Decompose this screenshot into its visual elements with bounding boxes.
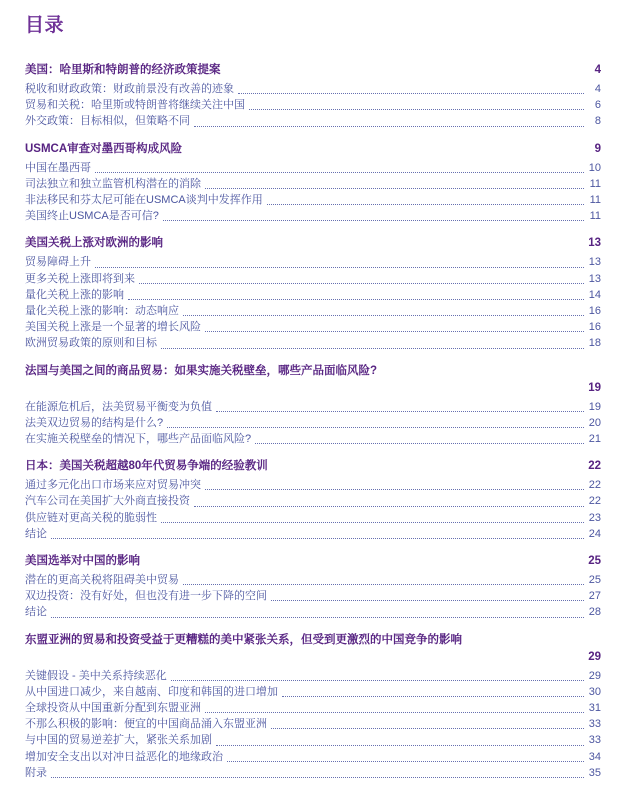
toc-entry-label: 潜在的更高关税将阻碍美中贸易 <box>25 572 179 588</box>
toc-entry[interactable]: 结论24 <box>25 526 601 542</box>
toc-entry-label: 不那么积极的影响：便宜的中国商品涌入东盟亚洲 <box>25 716 267 732</box>
toc-dot-leader <box>194 506 584 507</box>
toc-entry-page: 13 <box>587 271 601 287</box>
toc-entry-label: 附录 <box>25 765 47 781</box>
toc-dot-leader <box>216 745 584 746</box>
toc-entry-label: 通过多元化出口市场来应对贸易冲突 <box>25 477 201 493</box>
toc-entry-label: 外交政策：目标相似，但策略不同 <box>25 113 190 129</box>
toc-entry[interactable]: 供应链对更高关税的脆弱性23 <box>25 510 601 526</box>
toc-entry-label: 在能源危机后，法美贸易平衡变为负值 <box>25 399 212 415</box>
toc-section-title: 法国与美国之间的商品贸易：如果实施关税壁垒，哪些产品面临风险? <box>25 363 601 380</box>
toc-dot-leader <box>183 584 584 585</box>
toc-entry-page: 16 <box>587 319 601 335</box>
toc-entry[interactable]: 法美双边贸易的结构是什么?20 <box>25 415 601 431</box>
toc-entry-label: 更多关税上涨即将到来 <box>25 271 135 287</box>
toc-entry-page: 24 <box>587 526 601 542</box>
toc-section-heading[interactable]: USMCA审查对墨西哥构成风险9 <box>25 141 601 158</box>
toc-section-heading[interactable]: 法国与美国之间的商品贸易：如果实施关税壁垒，哪些产品面临风险?19 <box>25 363 601 397</box>
toc-entry-page: 33 <box>587 732 601 748</box>
toc-dot-leader <box>194 126 584 127</box>
toc-entry[interactable]: 从中国进口减少，来自越南、印度和韩国的进口增加30 <box>25 684 601 700</box>
toc-entry[interactable]: 在实施关税壁垒的情况下，哪些产品面临风险?21 <box>25 431 601 447</box>
toc-entry-label: 全球投资从中国重新分配到东盟亚洲 <box>25 700 201 716</box>
toc-entry[interactable]: 司法独立和独立监管机构潜在的消除11 <box>25 176 601 192</box>
toc-entry-page: 27 <box>587 588 601 604</box>
toc-dot-leader <box>51 538 584 539</box>
toc-entry[interactable]: 增加安全支出以对冲日益恶化的地缘政治34 <box>25 749 601 765</box>
toc-dot-leader <box>238 93 584 94</box>
toc-entry[interactable]: 非法移民和芬太尼可能在USMCA谈判中发挥作用11 <box>25 192 601 208</box>
toc-entry-label: 中国在墨西哥 <box>25 160 91 176</box>
toc-dot-leader <box>183 315 584 316</box>
toc-entry[interactable]: 汽车公司在美国扩大外商直接投资22 <box>25 493 601 509</box>
toc-dot-leader <box>139 283 584 284</box>
toc-page-title: 目录 <box>25 14 601 38</box>
toc-dot-leader <box>95 267 584 268</box>
toc-entry-page: 4 <box>587 81 601 97</box>
toc-section: 美国关税上涨对欧洲的影响13贸易障碍上升13更多关税上涨即将到来13量化关税上涨… <box>25 235 601 351</box>
toc-dot-leader <box>282 696 584 697</box>
toc-entry-page: 16 <box>587 303 601 319</box>
toc-dot-leader <box>161 522 584 523</box>
toc-entry-label: 法美双边贸易的结构是什么? <box>25 415 163 431</box>
document-page: 目录 美国：哈里斯和特朗普的经济政策提案4税收和财政政策：财政前景没有改善的迹象… <box>0 0 622 800</box>
toc-entry-label: 美国终止USMCA是否可信? <box>25 208 159 224</box>
toc-entry-label: 司法独立和独立监管机构潜在的消除 <box>25 176 201 192</box>
toc-entry[interactable]: 双边投资：没有好处，但也没有进一步下降的空间27 <box>25 588 601 604</box>
toc-entry-label: 量化关税上涨的影响：动态响应 <box>25 303 179 319</box>
toc-section-page: 29 <box>588 649 601 666</box>
toc-dot-leader <box>161 348 584 349</box>
toc-entry-label: 贸易障碍上升 <box>25 254 91 270</box>
toc-entry-page: 35 <box>587 765 601 781</box>
toc-entry-label: 增加安全支出以对冲日益恶化的地缘政治 <box>25 749 223 765</box>
toc-entry-label: 贸易和关税：哈里斯或特朗普将继续关注中国 <box>25 97 245 113</box>
toc-entry-label: 双边投资：没有好处，但也没有进一步下降的空间 <box>25 588 267 604</box>
toc-entry-page: 30 <box>587 684 601 700</box>
toc-entry-page: 33 <box>587 716 601 732</box>
toc-entry-page: 23 <box>587 510 601 526</box>
toc-entry-label: 在实施关税壁垒的情况下，哪些产品面临风险? <box>25 431 251 447</box>
toc-section-title: 美国选举对中国的影响 <box>25 553 140 570</box>
toc-dot-leader <box>227 761 584 762</box>
toc-entry[interactable]: 贸易障碍上升13 <box>25 254 601 270</box>
toc-entry-label: 税收和财政政策：财政前景没有改善的迹象 <box>25 81 234 97</box>
toc-entry[interactable]: 税收和财政政策：财政前景没有改善的迹象4 <box>25 81 601 97</box>
toc-entry-page: 11 <box>587 176 601 192</box>
toc-dot-leader <box>249 109 584 110</box>
toc-entry[interactable]: 欧洲贸易政策的原则和目标18 <box>25 335 601 351</box>
toc-section-heading[interactable]: 美国关税上涨对欧洲的影响13 <box>25 235 601 252</box>
toc-entry-page: 31 <box>587 700 601 716</box>
toc-section: USMCA审查对墨西哥构成风险9中国在墨西哥10司法独立和独立监管机构潜在的消除… <box>25 141 601 225</box>
toc-section: 美国选举对中国的影响25潜在的更高关税将阻碍美中贸易25双边投资：没有好处，但也… <box>25 553 601 621</box>
toc-section-heading[interactable]: 美国选举对中国的影响25 <box>25 553 601 570</box>
toc-entry-page: 19 <box>587 399 601 415</box>
toc-entry-page: 29 <box>587 668 601 684</box>
toc-dot-leader <box>216 411 584 412</box>
toc-dot-leader <box>51 777 584 778</box>
toc-dot-leader <box>271 600 584 601</box>
toc-entry[interactable]: 更多关税上涨即将到来13 <box>25 271 601 287</box>
toc-entry-page: 8 <box>587 113 601 129</box>
toc-entry-page: 22 <box>587 477 601 493</box>
toc-entry-page: 11 <box>587 192 601 208</box>
toc-entry-page: 6 <box>587 97 601 113</box>
toc-section: 日本：美国关税超越80年代贸易争端的经验教训22通过多元化出口市场来应对贸易冲突… <box>25 458 601 542</box>
toc-entry[interactable]: 外交政策：目标相似，但策略不同8 <box>25 113 601 129</box>
toc-entry[interactable]: 量化关税上涨的影响：动态响应16 <box>25 303 601 319</box>
toc-entry[interactable]: 关键假设 - 美中关系持续恶化29 <box>25 668 601 684</box>
toc-entry-page: 18 <box>587 335 601 351</box>
toc-dot-leader <box>255 443 584 444</box>
toc-section-page: 25 <box>588 553 601 570</box>
toc-entry-page: 28 <box>587 604 601 620</box>
toc-entry[interactable]: 与中国的贸易逆差扩大，紧张关系加剧33 <box>25 732 601 748</box>
toc-entry[interactable]: 全球投资从中国重新分配到东盟亚洲31 <box>25 700 601 716</box>
toc-entry-page: 25 <box>587 572 601 588</box>
toc-section-page: 13 <box>588 235 601 252</box>
toc-section-heading[interactable]: 美国：哈里斯和特朗普的经济政策提案4 <box>25 62 601 79</box>
toc-section-title: USMCA审查对墨西哥构成风险 <box>25 141 182 158</box>
toc-entry-label: 欧洲贸易政策的原则和目标 <box>25 335 157 351</box>
toc-entry-label: 关键假设 - 美中关系持续恶化 <box>25 668 167 684</box>
toc-entry-label: 结论 <box>25 604 47 620</box>
toc-entry-page: 22 <box>587 493 601 509</box>
toc-entry[interactable]: 美国关税上涨是一个显著的增长风险16 <box>25 319 601 335</box>
toc-dot-leader <box>205 188 584 189</box>
toc-section-title: 东盟亚洲的贸易和投资受益于更糟糕的美中紧张关系，但受到更激烈的中国竞争的影响 <box>25 632 601 649</box>
toc-entry-page: 13 <box>587 254 601 270</box>
toc-entry[interactable]: 潜在的更高关税将阻碍美中贸易25 <box>25 572 601 588</box>
toc-entry[interactable]: 贸易和关税：哈里斯或特朗普将继续关注中国6 <box>25 97 601 113</box>
toc-entry[interactable]: 量化关税上涨的影响14 <box>25 287 601 303</box>
toc-section-title: 美国关税上涨对欧洲的影响 <box>25 235 163 252</box>
toc-entry-label: 供应链对更高关税的脆弱性 <box>25 510 157 526</box>
toc-section: 法国与美国之间的商品贸易：如果实施关税壁垒，哪些产品面临风险?19在能源危机后，… <box>25 363 601 448</box>
toc-sections: 美国：哈里斯和特朗普的经济政策提案4税收和财政政策：财政前景没有改善的迹象4贸易… <box>25 62 601 781</box>
toc-entry[interactable]: 美国终止USMCA是否可信?11 <box>25 208 601 224</box>
toc-section-title: 日本：美国关税超越80年代贸易争端的经验教训 <box>25 458 268 475</box>
toc-entry-page: 11 <box>587 208 601 224</box>
toc-section-heading[interactable]: 日本：美国关税超越80年代贸易争端的经验教训22 <box>25 458 601 475</box>
toc-dot-leader <box>128 299 584 300</box>
toc-dot-leader <box>163 220 584 221</box>
toc-entry-label: 美国关税上涨是一个显著的增长风险 <box>25 319 201 335</box>
toc-entry-label: 从中国进口减少，来自越南、印度和韩国的进口增加 <box>25 684 278 700</box>
toc-entry-label: 与中国的贸易逆差扩大，紧张关系加剧 <box>25 732 212 748</box>
toc-entry[interactable]: 在能源危机后，法美贸易平衡变为负值19 <box>25 399 601 415</box>
toc-entry-label: 非法移民和芬太尼可能在USMCA谈判中发挥作用 <box>25 192 263 208</box>
toc-dot-leader <box>95 172 584 173</box>
toc-section: 美国：哈里斯和特朗普的经济政策提案4税收和财政政策：财政前景没有改善的迹象4贸易… <box>25 62 601 130</box>
toc-dot-leader <box>205 331 584 332</box>
toc-dot-leader <box>205 712 584 713</box>
toc-entry-page: 10 <box>587 160 601 176</box>
toc-section-title: 美国：哈里斯和特朗普的经济政策提案 <box>25 62 221 79</box>
toc-dot-leader <box>205 489 584 490</box>
toc-dot-leader <box>171 680 584 681</box>
toc-section-page: 22 <box>588 458 601 475</box>
toc-section-page: 19 <box>588 380 601 397</box>
toc-entry[interactable]: 不那么积极的影响：便宜的中国商品涌入东盟亚洲33 <box>25 716 601 732</box>
toc-section-heading[interactable]: 东盟亚洲的贸易和投资受益于更糟糕的美中紧张关系，但受到更激烈的中国竞争的影响29 <box>25 632 601 666</box>
toc-entry-label: 汽车公司在美国扩大外商直接投资 <box>25 493 190 509</box>
toc-entry-label: 结论 <box>25 526 47 542</box>
toc-entry[interactable]: 附录35 <box>25 765 601 781</box>
toc-entry[interactable]: 通过多元化出口市场来应对贸易冲突22 <box>25 477 601 493</box>
toc-dot-leader <box>267 204 584 205</box>
toc-dot-leader <box>271 728 584 729</box>
toc-entry[interactable]: 中国在墨西哥10 <box>25 160 601 176</box>
toc-section-page: 9 <box>595 141 601 158</box>
toc-entry-label: 量化关税上涨的影响 <box>25 287 124 303</box>
toc-section: 东盟亚洲的贸易和投资受益于更糟糕的美中紧张关系，但受到更激烈的中国竞争的影响29… <box>25 632 601 781</box>
toc-entry-page: 14 <box>587 287 601 303</box>
toc-entry-page: 21 <box>587 431 601 447</box>
toc-dot-leader <box>167 427 584 428</box>
toc-entry-page: 34 <box>587 749 601 765</box>
toc-entry-page: 20 <box>587 415 601 431</box>
toc-section-page: 4 <box>595 62 601 79</box>
toc-dot-leader <box>51 617 584 618</box>
toc-entry[interactable]: 结论28 <box>25 604 601 620</box>
